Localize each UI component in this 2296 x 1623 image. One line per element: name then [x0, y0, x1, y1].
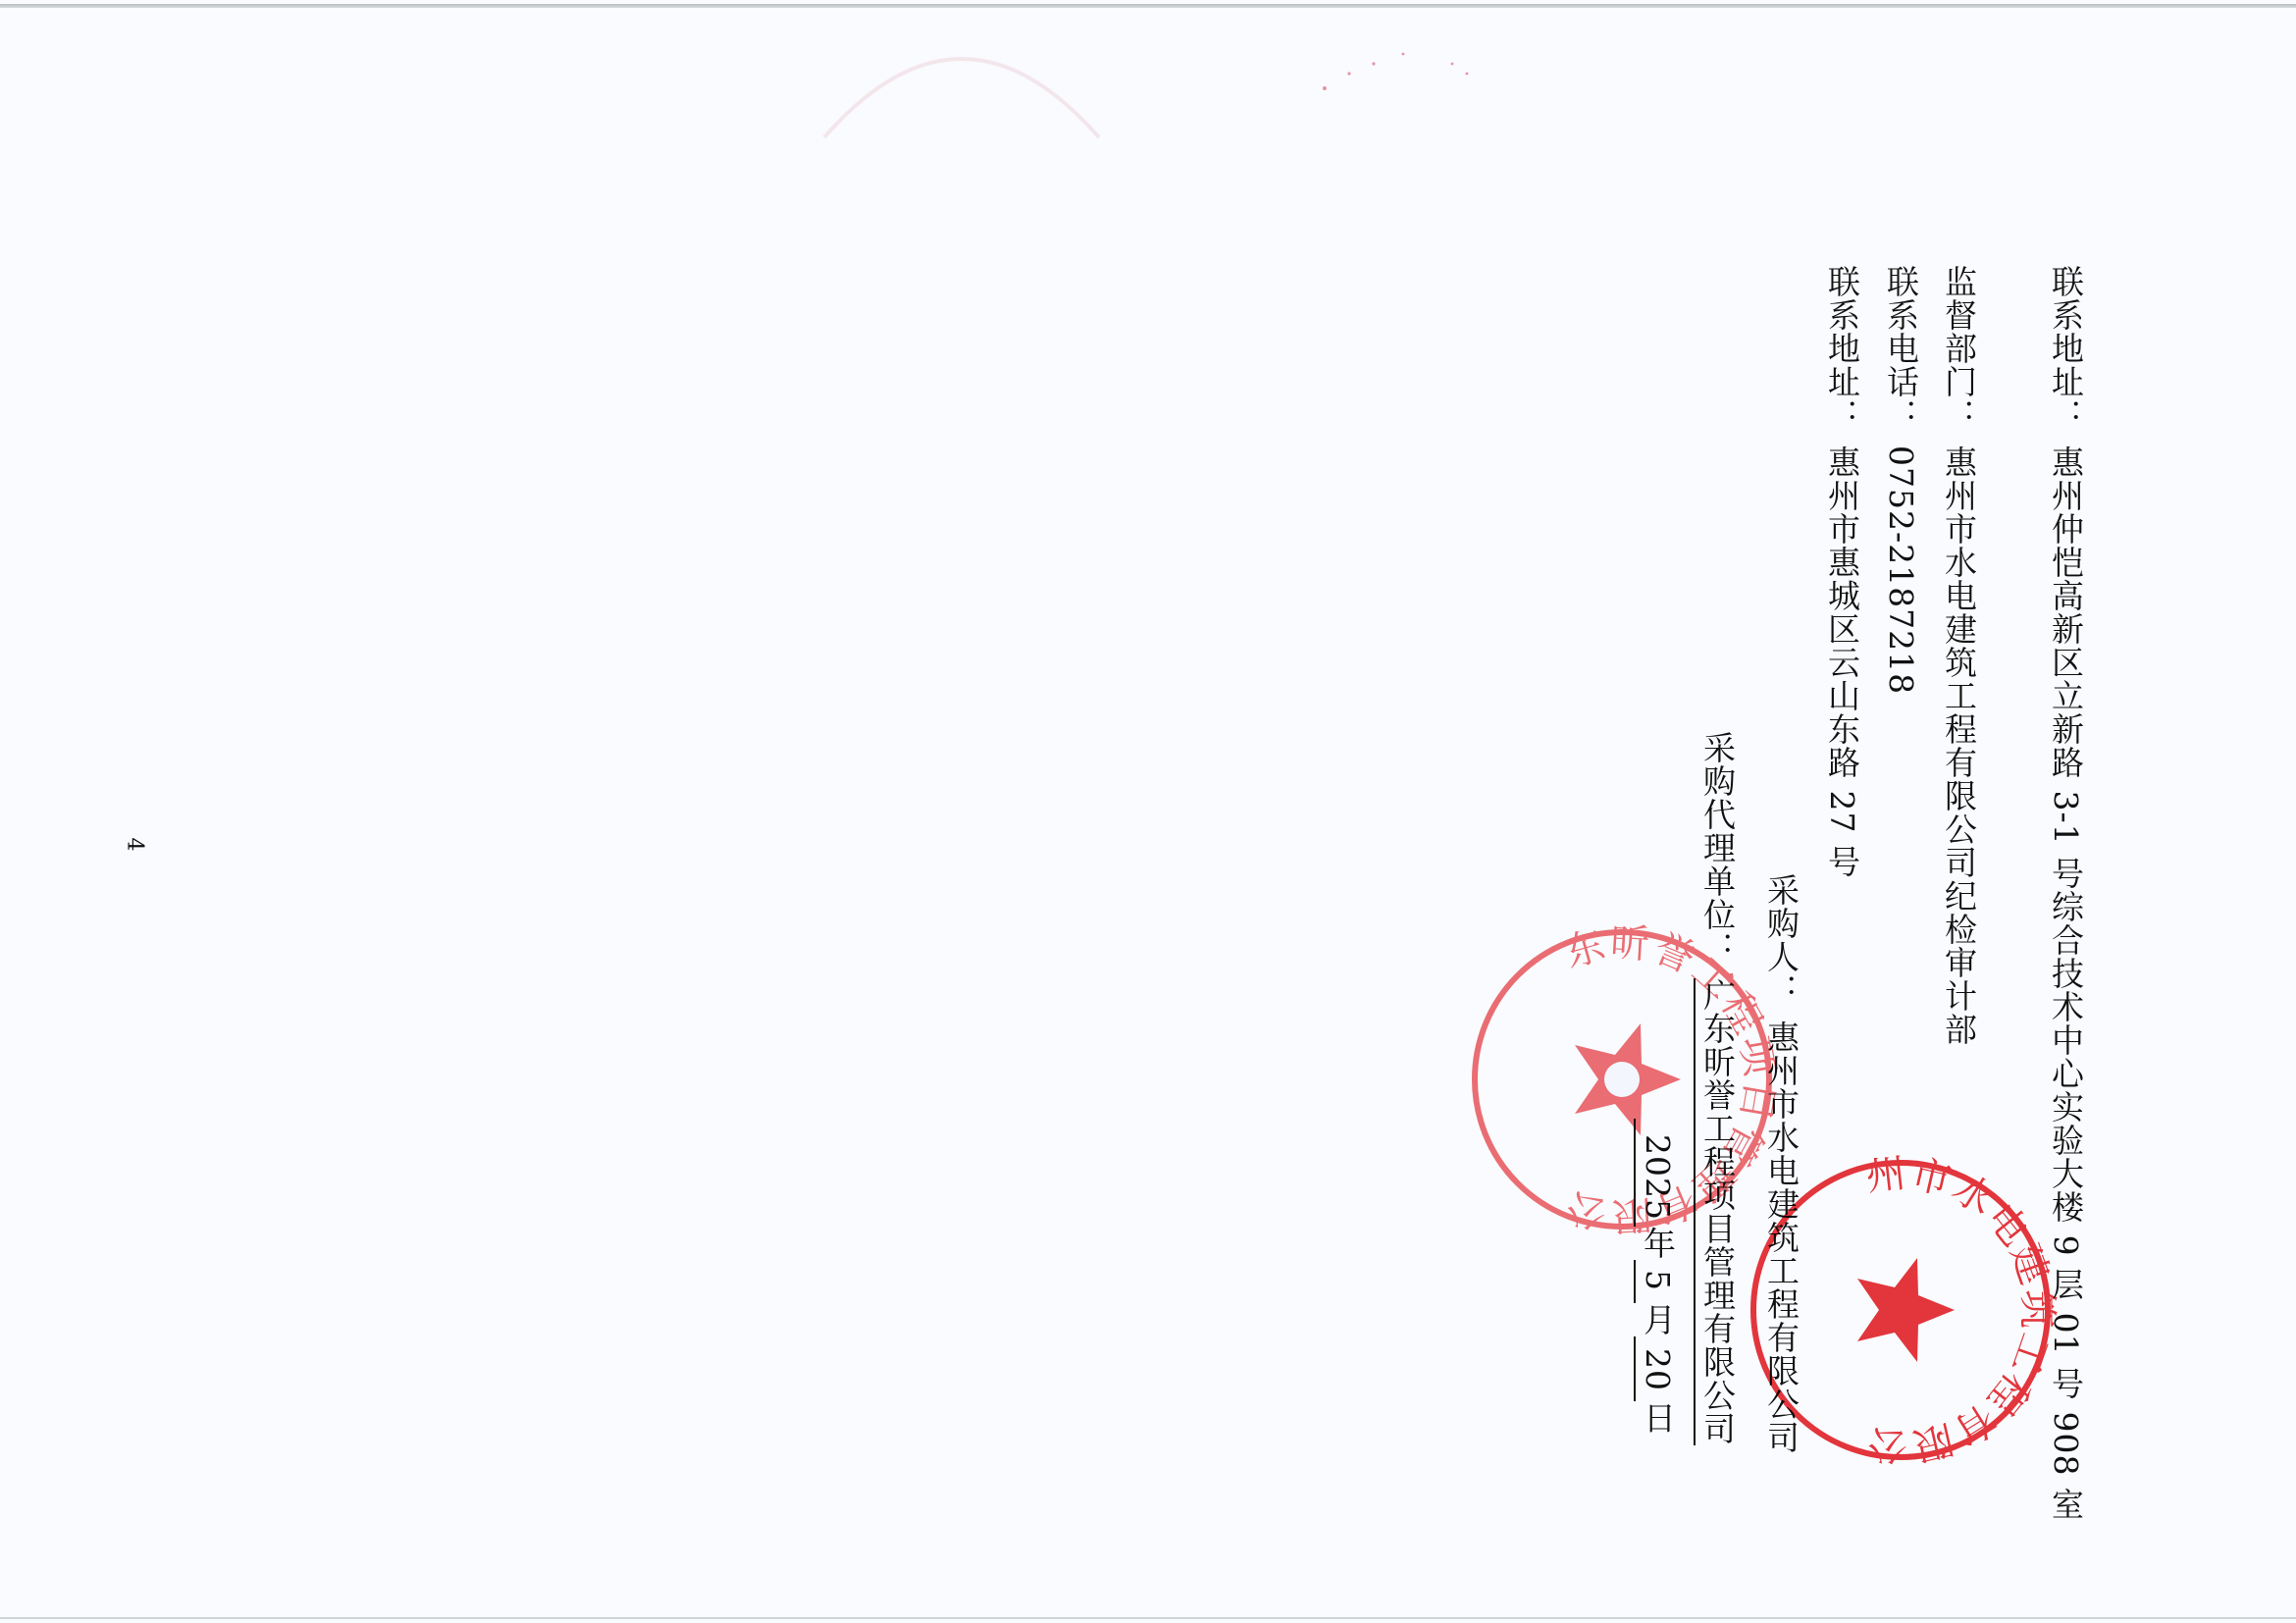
- contact-address-1-value: 惠州仲恺高新区立新路 3-1 号综合技术中心实验大楼 9 层 01 号 908 …: [2046, 445, 2085, 1521]
- supervising-department: 监督部门：惠州市水电建筑工程有限公司纪检审计部: [1939, 265, 1978, 1046]
- supervising-department-value: 惠州市水电建筑工程有限公司纪检审计部: [1939, 445, 1978, 1046]
- contact-phone-value: 0752-2187218: [1881, 445, 1920, 695]
- date-year: 2025: [1634, 1119, 1677, 1227]
- ghost-dots: [1305, 39, 1501, 118]
- date-month-suffix: 月: [1638, 1303, 1677, 1336]
- contact-phone-label: 联系电话：: [1882, 265, 1920, 432]
- contact-address-2: 联系地址：惠州市惠城区云山东路 27 号: [1822, 265, 1861, 878]
- date-day: 20: [1634, 1336, 1677, 1401]
- purchaser-line: 采购人：惠州市水电建筑工程有限公司: [1761, 873, 1800, 1454]
- document-page: 联系地址：惠州仲恺高新区立新路 3-1 号综合技术中心实验大楼 9 层 01 号…: [0, 0, 2296, 1623]
- contact-phone: 联系电话：0752-2187218: [1881, 265, 1920, 695]
- ghost-stamp-bleed: [805, 20, 1119, 147]
- purchaser-label: 采购人：: [1762, 873, 1800, 1007]
- contact-address-2-value: 惠州市惠城区云山东路 27 号: [1822, 445, 1861, 878]
- svg-text:惠州市水电建筑工程有限公司: 惠州市水电建筑工程有限公司: [1864, 1151, 2061, 1470]
- agent-label: 采购代理单位：: [1698, 731, 1737, 965]
- date-year-suffix: 年: [1638, 1227, 1677, 1260]
- signing-date: 2025年5月20日: [1634, 1119, 1677, 1435]
- page-number: 4: [123, 838, 147, 852]
- purchaser-value: 惠州市水电建筑工程有限公司: [1761, 1021, 1800, 1454]
- contact-address-1: 联系地址：惠州仲恺高新区立新路 3-1 号综合技术中心实验大楼 9 层 01 号…: [2046, 265, 2085, 1521]
- contact-address-2-label: 联系地址：: [1823, 265, 1861, 432]
- date-month: 5: [1634, 1260, 1677, 1303]
- purchaser-seal-text: 惠州市水电建筑工程有限公司: [1864, 1151, 2061, 1470]
- agent-line: 采购代理单位：广东昕誉工程项目管理有限公司: [1694, 731, 1737, 1445]
- agent-value: 广东昕誉工程项目管理有限公司: [1694, 978, 1737, 1445]
- supervising-department-label: 监督部门：: [1940, 265, 1978, 432]
- contact-address-1-label: 联系地址：: [2047, 265, 2085, 432]
- scan-edge-top: [0, 4, 2296, 8]
- purchaser-seal-star: [1857, 1258, 1955, 1362]
- scan-edge-bottom: [0, 1617, 2296, 1619]
- date-day-suffix: 日: [1638, 1401, 1677, 1435]
